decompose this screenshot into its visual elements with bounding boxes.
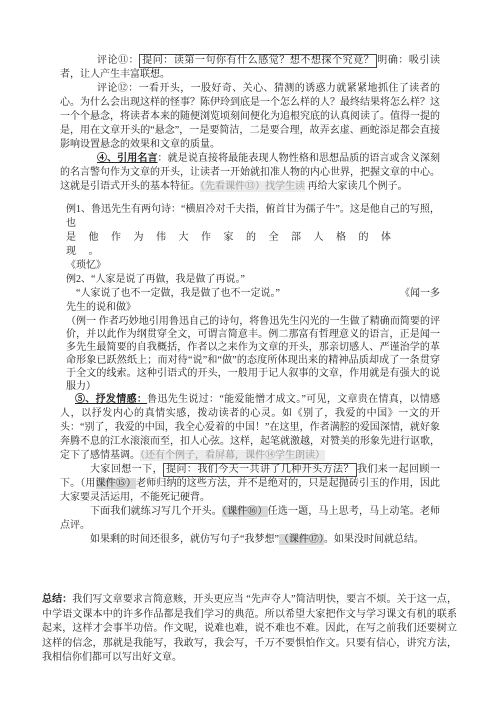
paragraph: ④、引用名言：就是说直接将最能表现人物性格和思想品质的语言或含义深刻的名言警句作… [60,152,440,194]
paragraph: 例2、“人家是说了再做，我是做了再说。” [66,273,440,287]
summary-label: 总结： [42,594,72,605]
paragraph: 是他作为伟大作家的全部人格的体现。 [66,231,440,259]
citation-source: 《闻一多 [400,287,440,301]
courseware-ref: （课件⑯） [222,506,268,517]
text-run: 如果剩的时间还很多，就仿写句子“我梦想” [90,534,279,545]
paragraph: 如果剩的时间还很多，就仿写句子“我梦想”（课件⑰）。如果没时间就总结。 [60,533,440,547]
text-run: 下面我们就练习写几个开头。 [90,506,222,517]
text-run: 例1、鲁迅先生有两句诗：“横眉冷对千夫指，俯首甘为孺子牛”。这是他自己的写照，也 [66,204,440,229]
text-run: （例一 作者巧妙地引用鲁迅自己的诗句，将鲁迅先生闪光的一生做了精确而简要的评价，… [66,316,440,392]
text-run: 例2、“人家是说了再做，我是做了再说。” [66,274,245,285]
text-run: 评论⑪： [97,55,139,66]
text-run-justified: 是他作为伟大作家的全部人格的体现。 [66,232,404,257]
paragraph: 下面我们就练习写几个开头。（课件⑯）任选一题，马上思考，马上动笔。老师点评。 [60,505,440,533]
paragraph: 评论⑫：一看开头，一股好奇、关心、猜测的诱惑力就紧紧地抓住了读者的心。为什么会出… [60,82,440,152]
paragraph: 《琐忆》 [66,259,440,273]
document-body: 评论⑪：提问：读第一句你有什么感觉？想不想探个究竟？明确：吸引读者，让人产生丰富… [0,0,500,666]
question-box: 提问：我们今天一共讲了几种开头方法？ [163,463,357,477]
courseware-ref: 课件⑮） [96,478,137,489]
text-run: 大家回想一下， [90,464,163,475]
spacer [60,547,440,593]
question-box: 提问：读第一句你有什么感觉？想不想探个究竟？ [139,54,377,68]
paragraph: ⑤、抒发情感：鲁迅先生说过：“能爱能憎才成文。”可见，文章贵在情真，以情感人，以… [60,393,440,463]
courseware-note: （先看课件⑬）找学生读 [200,181,305,192]
paragraph: “人家说了也不一定做，我是做了也不一定说。”《闻一多 [66,287,440,301]
text-run: “人家说了也不一定做，我是做了也不一定说。” [66,288,280,299]
courseware-note: （还有个例子，看屏幕，课件⑭学生朗读） [140,450,325,461]
text-run: 我们写文章要求言简意赅，开头更应当 “先声夺人”简洁明快，要言不烦。关于这一点，… [42,594,457,663]
paragraph: 先生的说和做》 [66,301,440,315]
text-run: 评论⑫：一看开头，一股好奇、关心、猜测的诱惑力就紧紧地抓住了读者的心。为什么会出… [60,83,440,150]
paragraph: （例一 作者巧妙地引用鲁迅自己的诗句，将鲁迅先生闪光的一生做了精确而简要的评价，… [66,315,440,393]
text-run: 《琐忆》 [66,260,106,271]
section-heading: ④、引用名言 [97,153,158,164]
paragraph: 评论⑪：提问：读第一句你有什么感觉？想不想探个究竟？明确：吸引读者，让人产生丰富… [60,54,440,82]
text-run: 先生的说和做》 [66,302,136,313]
paragraph: 大家回想一下，提问：我们今天一共讲了几种开头方法？我们来一起回顾一下。（用课件⑮… [60,463,440,505]
paragraph: 例1、鲁迅先生有两句诗：“横眉冷对千夫指，俯首甘为孺子牛”。这是他自己的写照，也 [66,203,440,231]
text-run: 。如果没时间就总结。 [324,534,424,545]
section-heading: ⑤、抒发情感： [75,394,147,405]
document-page: 评论⑪：提问：读第一句你有什么感觉？想不想探个究竟？明确：吸引读者，让人产生丰富… [0,0,500,707]
courseware-ref: （课件⑰） [279,534,324,545]
spacer [60,194,440,203]
text-run: 再给大家读几个例子。 [305,181,408,192]
paragraph: 总结：我们写文章要求言简意赅，开头更应当 “先声夺人”简洁明快，要言不烦。关于这… [42,593,457,666]
